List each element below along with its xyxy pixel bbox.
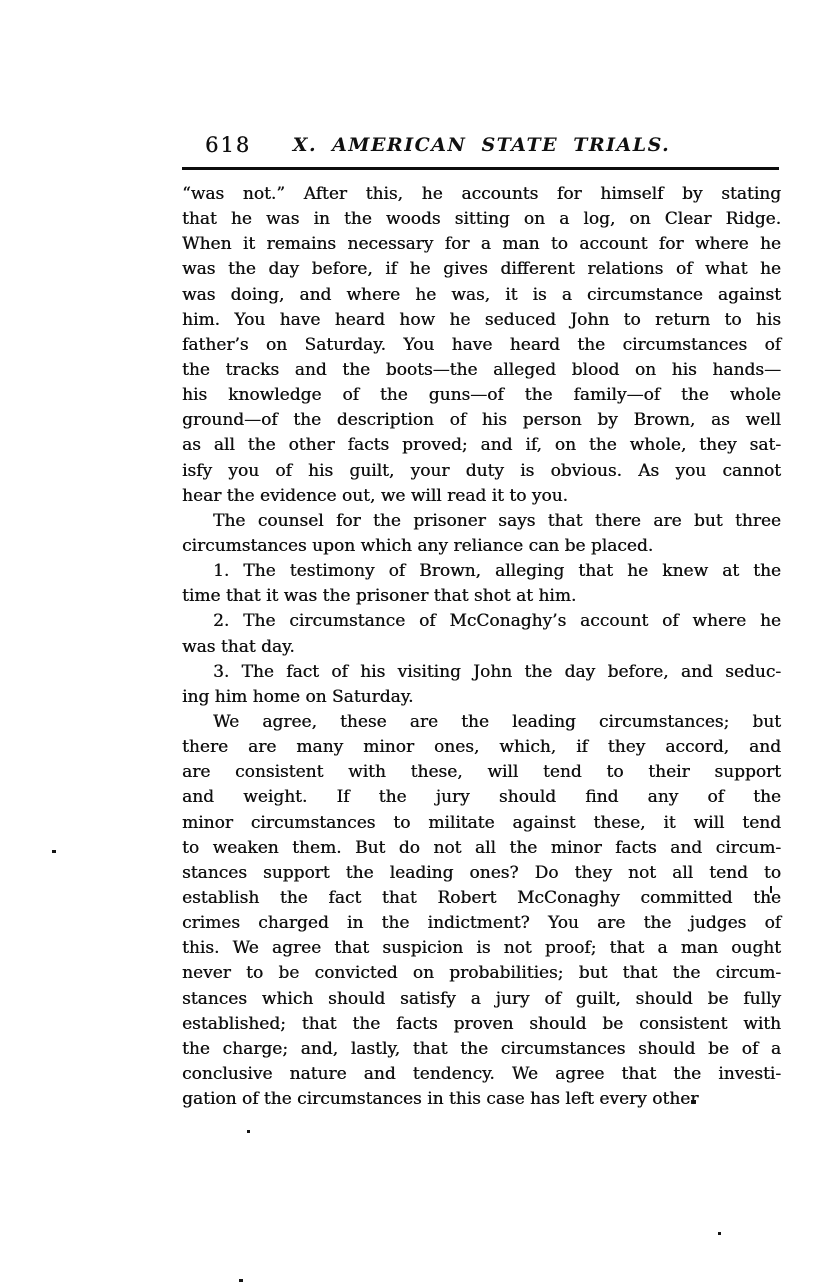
text-line: never to be convicted on probabilities; …: [182, 961, 781, 986]
scan-speck: [52, 850, 56, 853]
body-text: “was not.” After this, he accounts for h…: [182, 182, 781, 1112]
book-page: 618 X. AMERICAN STATE TRIALS. “was not.”…: [0, 0, 836, 1284]
text-line: 1. The testimony of Brown, alleging that…: [182, 559, 781, 584]
text-line: ing him home on Saturday.: [182, 685, 781, 710]
text-line: there are many minor ones, which, if the…: [182, 735, 781, 760]
text-line: minor circumstances to militate against …: [182, 811, 781, 836]
text-line: 2. The circumstance of McConaghy’s accou…: [182, 609, 781, 634]
scan-speck: [718, 1232, 721, 1235]
scan-speck: [247, 1130, 250, 1133]
text-line: hear the evidence out, we will read it t…: [182, 484, 781, 509]
text-line: was doing, and where he was, it is a cir…: [182, 283, 781, 308]
text-line: established; that the facts proven shoul…: [182, 1012, 781, 1037]
text-line: him. You have heard how he seduced John …: [182, 308, 781, 333]
text-line: as all the other facts proved; and if, o…: [182, 433, 781, 458]
text-line: “was not.” After this, he accounts for h…: [182, 182, 781, 207]
text-line: crimes charged in the indictment? You ar…: [182, 911, 781, 936]
text-line: the tracks and the boots—the alleged blo…: [182, 358, 781, 383]
text-line: father’s on Saturday. You have heard the…: [182, 333, 781, 358]
text-line: stances which should satisfy a jury of g…: [182, 987, 781, 1012]
text-line: that he was in the woods sitting on a lo…: [182, 207, 781, 232]
text-line: and weight. If the jury should find any …: [182, 785, 781, 810]
text-line: circumstances upon which any reliance ca…: [182, 534, 781, 559]
text-line: time that it was the prisoner that shot …: [182, 584, 781, 609]
text-line: stances support the leading ones? Do the…: [182, 861, 781, 886]
text-line: was the day before, if he gives differen…: [182, 257, 781, 282]
text-line: 3. The fact of his visiting John the day…: [182, 660, 781, 685]
text-line: this. We agree that suspicion is not pro…: [182, 936, 781, 961]
text-line: isfy you of his guilt, your duty is obvi…: [182, 459, 781, 484]
running-header: X. AMERICAN STATE TRIALS.: [182, 134, 781, 156]
text-line: the charge; and, lastly, that the circum…: [182, 1037, 781, 1062]
text-line: was that day.: [182, 635, 781, 660]
text-line: establish the fact that Robert McConaghy…: [182, 886, 781, 911]
text-line: his knowledge of the guns—of the family—…: [182, 383, 781, 408]
text-line: When it remains necessary for a man to a…: [182, 232, 781, 257]
scan-speck: [239, 1279, 243, 1282]
text-line: The counsel for the prisoner says that t…: [182, 509, 781, 534]
text-line: are consistent with these, will tend to …: [182, 760, 781, 785]
text-line: ground—of the description of his person …: [182, 408, 781, 433]
scan-speck: [691, 1100, 696, 1103]
text-line: We agree, these are the leading circumst…: [182, 710, 781, 735]
text-line: to weaken them. But do not all the minor…: [182, 836, 781, 861]
header-rule: [182, 167, 779, 170]
scan-speck: [770, 886, 772, 893]
text-line: conclusive nature and tendency. We agree…: [182, 1062, 781, 1087]
